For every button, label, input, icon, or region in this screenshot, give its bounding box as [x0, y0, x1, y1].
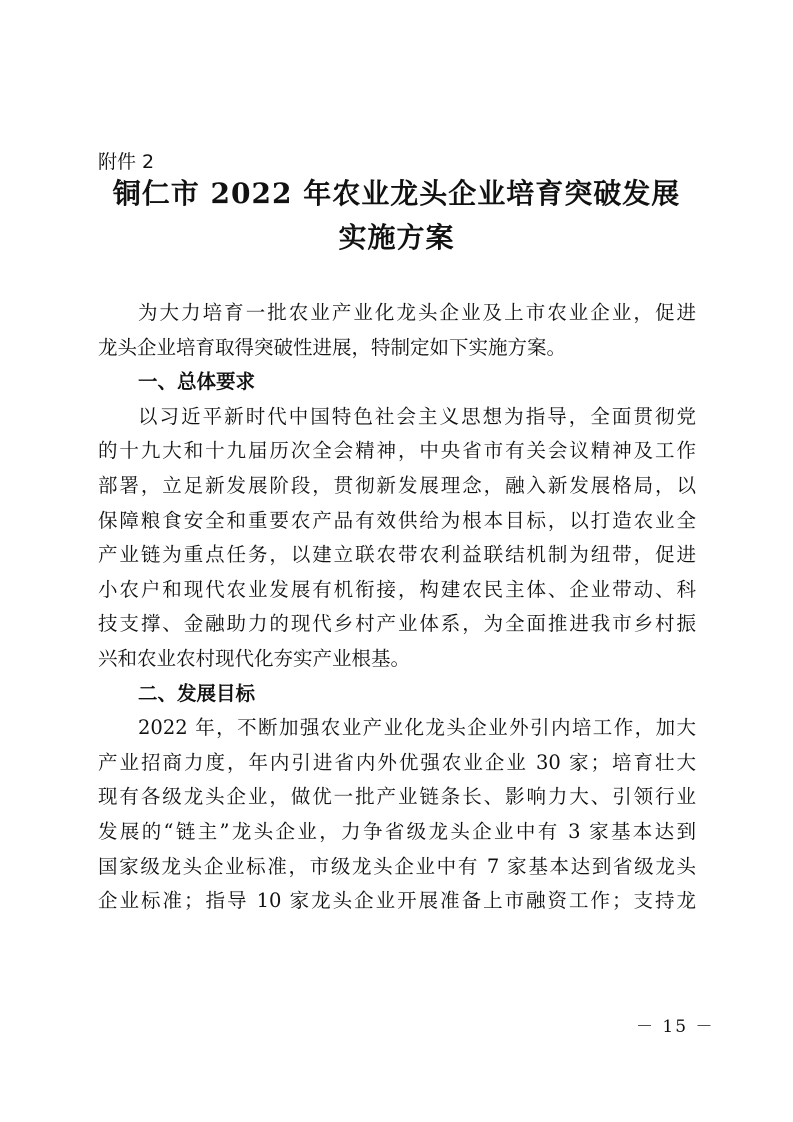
- section-heading: 二、发展目标: [98, 677, 696, 712]
- section-heading: 一、总体要求: [98, 365, 696, 400]
- text-line: 小农户和现代农业发展有机衔接，构建农民主体、企业带动、科: [98, 573, 696, 608]
- document-body: 为大力培育一批农业产业化龙头企业及上市农业企业，促进 龙头企业培育取得突破性进展…: [98, 296, 696, 919]
- text-line: 技支撑、金融助力的现代乡村产业体系，为全面推进我市乡村振: [98, 607, 696, 642]
- text-line: 发展的“链主”龙头企业，力争省级龙头企业中有 3 家基本达到: [98, 815, 696, 850]
- document-title-line-1: 铜仁市 2022 年农业龙头企业培育突破发展: [0, 176, 793, 212]
- text-line: 现有各级龙头企业，做优一批产业链条长、影响力大、引领行业: [98, 780, 696, 815]
- text-line: 为大力培育一批农业产业化龙头企业及上市农业企业，促进: [98, 296, 696, 331]
- text-line: 以习近平新时代中国特色社会主义思想为指导，全面贯彻党: [98, 400, 696, 435]
- text-line: 2022 年，不断加强农业产业化龙头企业外引内培工作，加大: [98, 711, 696, 746]
- text-line: 国家级龙头企业标准，市级龙头企业中有 7 家基本达到省级龙头: [98, 850, 696, 885]
- text-line: 企业标准；指导 10 家龙头企业开展准备上市融资工作；支持龙: [98, 884, 696, 919]
- intro-paragraph: 为大力培育一批农业产业化龙头企业及上市农业企业，促进 龙头企业培育取得突破性进展…: [98, 296, 696, 365]
- document-title-line-2: 实施方案: [0, 220, 793, 256]
- attachment-label: 附件 2: [98, 150, 154, 174]
- text-line: 保障粮食安全和重要农产品有效供给为根本目标，以打造农业全: [98, 504, 696, 539]
- section-development-goals: 二、发展目标 2022 年，不断加强农业产业化龙头企业外引内培工作，加大 产业招…: [98, 677, 696, 919]
- text-line: 产业链为重点任务，以建立联农带农利益联结机制为纽带，促进: [98, 538, 696, 573]
- text-line: 龙头企业培育取得突破性进展，特制定如下实施方案。: [98, 331, 696, 366]
- text-line: 产业招商力度，年内引进省内外优强农业企业 30 家；培育壮大: [98, 746, 696, 781]
- text-line: 的十九大和十九届历次全会精神，中央省市有关会议精神及工作: [98, 434, 696, 469]
- text-line: 兴和农业农村现代化夯实产业根基。: [98, 642, 696, 677]
- text-line: 部署，立足新发展阶段，贯彻新发展理念，融入新发展格局，以: [98, 469, 696, 504]
- section-general-requirements: 一、总体要求 以习近平新时代中国特色社会主义思想为指导，全面贯彻党 的十九大和十…: [98, 365, 696, 676]
- page-number: － 15 －: [636, 1012, 714, 1037]
